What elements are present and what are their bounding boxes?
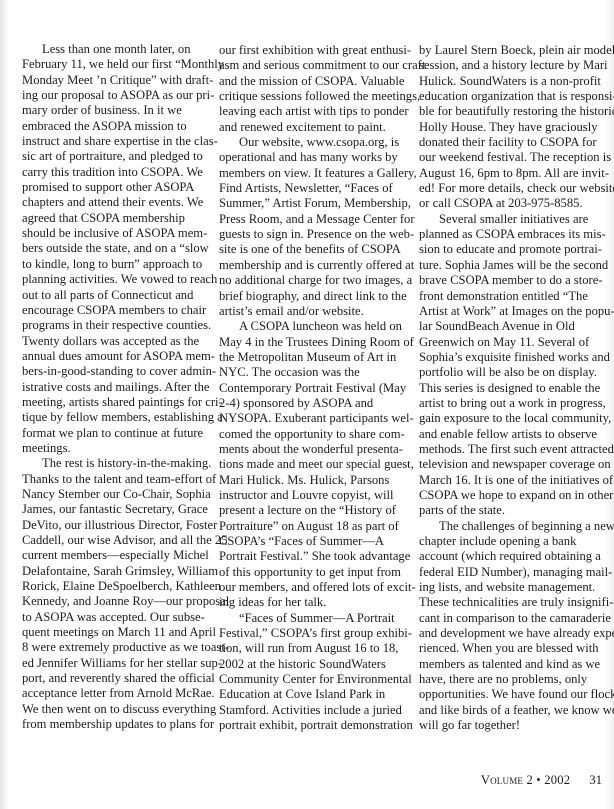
text-line: NYSOPA. Exuberant participants wel- [219, 411, 405, 426]
text-line: and renewed excitement to paint. [219, 120, 405, 135]
text-line: from membership updates to plans for [22, 717, 208, 732]
text-line: meeting, artists shared paintings for cr… [22, 395, 208, 410]
text-line: asm and serious commitment to our craft [219, 58, 405, 73]
text-line: by Laurel Stern Boeck, plein air model [419, 43, 605, 58]
text-line: We then went on to discuss everything [22, 702, 208, 717]
text-column-1: Less than one month later, onFebruary 11… [22, 42, 208, 732]
text-line: format we plan to continue at future [22, 426, 208, 441]
text-line: Portrait Festival.” She took advantage [219, 549, 405, 564]
text-line: will go far together! [419, 718, 605, 733]
text-line: planned as CSOPA embraces its mis- [419, 227, 605, 242]
paragraph-start-line: Our website, www.csopa.org, is [219, 135, 405, 150]
text-line: encourage CSOPA members to chair [22, 303, 208, 318]
text-line: federal EID Number), managing mail- [419, 565, 605, 580]
text-line: ed Jennifer Williams for her stellar sup… [22, 656, 208, 671]
paragraph-start-line: Less than one month later, on [22, 42, 208, 57]
text-line: 8 were extremely productive as we toast- [22, 640, 208, 655]
text-line: current members—especially Michel [22, 548, 208, 563]
volume-label: Volume 2 • 2002 [481, 773, 570, 787]
page-footer: Volume 2 • 2002 31 [420, 773, 602, 788]
text-line: Thanks to the talent and team-effort of [22, 472, 208, 487]
text-line: members as talented and kind as we [419, 657, 605, 672]
text-line: out to all parts of Connecticut and [22, 288, 208, 303]
text-column-3: by Laurel Stern Boeck, plein air modelse… [419, 43, 605, 733]
text-line: artist to bring out a work in progress, [419, 396, 605, 411]
text-line: lar SoundBeach Avenue in Old [419, 319, 605, 334]
text-line: bers outside the state, and on a “slow [22, 241, 208, 256]
text-line: or call CSOPA at 203-975-8585. [419, 196, 605, 211]
text-line: Summer,” Artist Forum, Membership, [219, 196, 405, 211]
text-line: our members, and offered lots of excit- [219, 580, 405, 595]
text-line: artist’s email and/or website. [219, 304, 405, 319]
text-line: port, and reverently shared the official [22, 671, 208, 686]
text-line: instruct and share expertise in the clas… [22, 134, 208, 149]
text-line: DeVito, our illustrious Director, Foster [22, 518, 208, 533]
text-line: carry this tradition into CSOPA. We [22, 165, 208, 180]
text-line: Artist at Work” at Images on the popu- [419, 304, 605, 319]
text-line: have, there are no problems, only [419, 672, 605, 687]
text-line: March 16. It is one of the initiatives o… [419, 473, 605, 488]
text-line: comed the opportunity to share com- [219, 427, 405, 442]
text-line: Contemporary Portrait Festival (May [219, 381, 405, 396]
text-line: and like birds of a feather, we know we [419, 703, 605, 718]
text-line: methods. The first such event attracted [419, 442, 605, 457]
text-line: mary order of business. In it we [22, 103, 208, 118]
text-line: Sophia’s exquisite finished works and [419, 350, 605, 365]
text-line: istrative costs and mailings. After the [22, 380, 208, 395]
text-line: brave CSOPA member to do a store- [419, 273, 605, 288]
text-line: programs in their respective counties. [22, 318, 208, 333]
text-line: tique by fellow members, establishing a [22, 410, 208, 425]
text-line: embraced the ASOPA mission to [22, 119, 208, 134]
text-line: parts of the state. [419, 503, 605, 518]
text-line: Stamford. Activities include a juried [219, 703, 405, 718]
text-line: meetings. [22, 441, 208, 456]
paragraph-start-line: The rest is history-in-the-making. [22, 456, 208, 471]
text-line: portfolio will be also be on display. [419, 365, 605, 380]
text-line: to kindle, long to burn” approach to [22, 257, 208, 272]
text-line: critique sessions followed the meetings, [219, 89, 405, 104]
text-line: education organization that is responsi- [419, 89, 605, 104]
text-line: ble for beautifully restoring the histor… [419, 104, 605, 119]
text-line: present a lecture on the “History of [219, 503, 405, 518]
text-line: opportunities. We have found our flock, [419, 687, 605, 702]
text-line: CSOPA we hope to expand on in other [419, 488, 605, 503]
text-line: planning activities. We vowed to reach [22, 272, 208, 287]
text-line: membership and is currently offered at [219, 258, 405, 273]
text-line: Rorick, Elaine DeSpoelberch, Kathleen [22, 579, 208, 594]
text-line: donated their facility to CSOPA for [419, 135, 605, 150]
text-line: Portraiture” on August 18 as part of [219, 519, 405, 534]
text-line: NYC. The occasion was the [219, 365, 405, 380]
text-line: and development we have already expe- [419, 626, 605, 641]
text-line: to ASOPA was accepted. Our subse- [22, 610, 208, 625]
text-line: front demonstration entitled “The [419, 289, 605, 304]
text-line: Delafontaine, Sarah Grimsley, William [22, 564, 208, 579]
text-line: Caddell, our wise Advisor, and all the 2… [22, 533, 208, 548]
text-line: operational and has many works by [219, 150, 405, 165]
text-line: James, our fantastic Secretary, Grace [22, 502, 208, 517]
text-line: acceptance letter from Arnold McRae. [22, 686, 208, 701]
text-line: the Metropolitan Museum of Art in [219, 350, 405, 365]
text-line: August 16, 6pm to 8pm. All are invit- [419, 166, 605, 181]
text-line: This series is designed to enable the [419, 381, 605, 396]
text-line: ture. Sophia James will be the second [419, 258, 605, 273]
text-line: ing ideas for her talk. [219, 595, 405, 610]
text-line: May 4 in the Trustees Dining Room of [219, 335, 405, 350]
text-line: cant in comparison to the camaraderie [419, 611, 605, 626]
text-line: rienced. When you are blessed with [419, 641, 605, 656]
text-line: Nancy Stember our Co-Chair, Sophia [22, 487, 208, 502]
text-line: television and newspaper coverage on [419, 457, 605, 472]
text-line: ing lists, and website management. [419, 580, 605, 595]
paragraph-start-line: “Faces of Summer—A Portrait [219, 611, 405, 626]
text-line: Twenty dollars was accepted as the [22, 334, 208, 349]
text-line: ing our proposal to ASOPA as our pri- [22, 88, 208, 103]
text-line: site is one of the benefits of CSOPA [219, 242, 405, 257]
text-line: no additional charge for two images, a [219, 273, 405, 288]
text-line: bers-in-good-standing to cover admin- [22, 364, 208, 379]
text-line: Festival,” CSOPA’s first group exhibi- [219, 626, 405, 641]
text-line: ed! For more details, check our website, [419, 181, 605, 196]
text-line: instructor and Louvre copyist, will [219, 488, 405, 503]
text-line: 2-4) sponsored by ASOPA and [219, 396, 405, 411]
paragraph-start-line: The challenges of beginning a new [419, 519, 605, 534]
paragraph-start-line: A CSOPA luncheon was held on [219, 319, 405, 334]
text-line: brief biography, and direct link to the [219, 289, 405, 304]
text-line: Hulick. SoundWaters is a non-profit [419, 74, 605, 89]
text-line: guests to sign in. Presence on the web- [219, 227, 405, 242]
text-line: Community Center for Environmental [219, 672, 405, 687]
text-line: tions made and meet our special guest, [219, 457, 405, 472]
text-column-2: our first exhibition with great enthusi-… [219, 43, 405, 733]
text-line: leaving each artist with tips to ponder [219, 104, 405, 119]
text-line: February 11, we held our first “Monthly [22, 57, 208, 72]
text-line: account (which required obtaining a [419, 549, 605, 564]
text-line: Kennedy, and Joanne Roy—our proposal [22, 594, 208, 609]
text-line: 2002 at the historic SoundWaters [219, 657, 405, 672]
text-line: Press Room, and a Message Center for [219, 212, 405, 227]
text-line: gain exposure to the local community, [419, 411, 605, 426]
page-gutter-shadow [0, 0, 10, 809]
text-line: sion to educate and promote portrai- [419, 242, 605, 257]
text-line: tion, will run from August 16 to 18, [219, 641, 405, 656]
text-line: annual dues amount for ASOPA mem- [22, 349, 208, 364]
text-line: portrait exhibit, portrait demonstration [219, 718, 405, 733]
text-line: Education at Cove Island Park in [219, 687, 405, 702]
text-line: quent meetings on March 11 and April [22, 625, 208, 640]
text-line: session, and a history lecture by Mari [419, 58, 605, 73]
text-line: chapters and attend their events. We [22, 195, 208, 210]
paragraph-start-line: Several smaller initiatives are [419, 212, 605, 227]
text-line: ments about the wonderful presenta- [219, 442, 405, 457]
text-line: members on view. It features a Gallery, [219, 166, 405, 181]
text-line: Find Artists, Newsletter, “Faces of [219, 181, 405, 196]
text-line: These technicalities are truly insignifi… [419, 595, 605, 610]
text-line: chapter include opening a bank [419, 534, 605, 549]
text-line: should be inclusive of ASOPA mem- [22, 226, 208, 241]
text-line: Holly House. They have graciously [419, 120, 605, 135]
text-line: Greenwich on May 11. Several of [419, 335, 605, 350]
text-line: promised to support other ASOPA [22, 180, 208, 195]
text-line: and the mission of CSOPA. Valuable [219, 74, 405, 89]
text-line: Monday Meet ’n Critique” with draft- [22, 73, 208, 88]
text-line: our weekend festival. The reception is [419, 150, 605, 165]
text-line: our first exhibition with great enthusi- [219, 43, 405, 58]
text-line: sic art of portraiture, and pledged to [22, 149, 208, 164]
text-line: and enable fellow artists to observe [419, 427, 605, 442]
page-number: 31 [589, 773, 602, 788]
text-line: CSOPA’s “Faces of Summer—A [219, 534, 405, 549]
text-line: agreed that CSOPA membership [22, 211, 208, 226]
text-line: of this opportunity to get input from [219, 565, 405, 580]
text-line: Mari Hulick. Ms. Hulick, Parsons [219, 473, 405, 488]
